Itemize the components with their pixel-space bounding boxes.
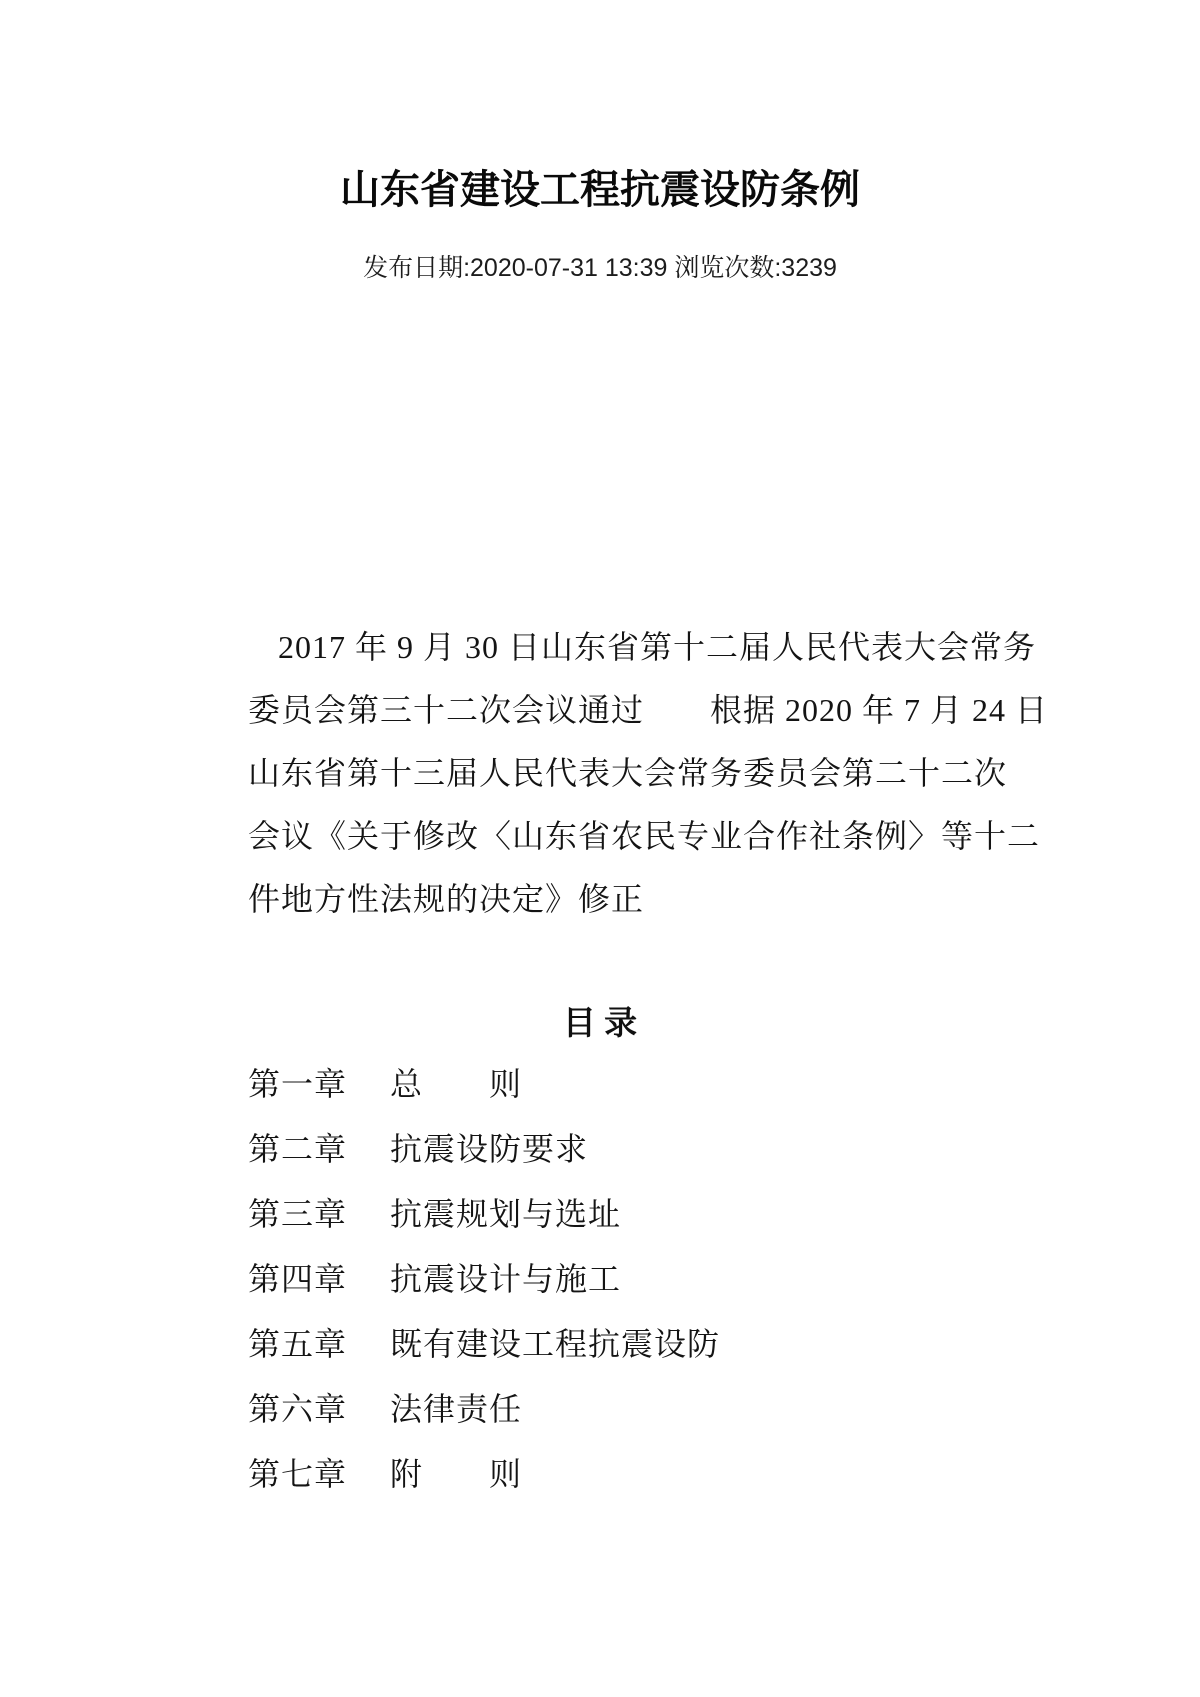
- toc-item: 第六章 法律责任: [248, 1377, 1028, 1442]
- toc-chapter-title: 既有建设工程抗震设防: [390, 1312, 720, 1377]
- toc-chapter-number: 第五章: [248, 1312, 390, 1377]
- toc-chapter-title: 抗震规划与选址: [390, 1182, 621, 1247]
- toc-chapter-number: 第四章: [248, 1247, 390, 1312]
- toc-chapter-title: 法律责任: [390, 1377, 522, 1442]
- toc-chapter-number: 第六章: [248, 1377, 390, 1442]
- toc-item: 第七章 附 则: [248, 1442, 1028, 1507]
- intro-line: 会议《关于修改〈山东省农民专业合作社条例〉等十二: [248, 805, 1018, 868]
- toc-item: 第二章 抗震设防要求: [248, 1117, 1028, 1182]
- intro-line: 2017 年 9 月 30 日山东省第十二届人民代表大会常务: [248, 616, 1018, 679]
- publish-meta: 发布日期:2020-07-31 13:39 浏览次数:3239: [0, 252, 1200, 285]
- toc-heading: 目 录: [0, 1006, 1200, 1042]
- toc-item: 第五章 既有建设工程抗震设防: [248, 1312, 1028, 1377]
- toc-item: 第四章 抗震设计与施工: [248, 1247, 1028, 1312]
- intro-paragraph: 2017 年 9 月 30 日山东省第十二届人民代表大会常务 委员会第三十二次会…: [248, 616, 1018, 931]
- document-page: 山东省建设工程抗震设防条例 发布日期:2020-07-31 13:39 浏览次数…: [0, 0, 1200, 1697]
- toc-chapter-title: 总 则: [390, 1052, 522, 1117]
- toc-chapter-number: 第一章: [248, 1052, 390, 1117]
- intro-line: 委员会第三十二次会议通过 根据 2020 年 7 月 24 日: [248, 679, 1018, 742]
- toc-list: 第一章 总 则 第二章 抗震设防要求 第三章 抗震规划与选址 第四章 抗震设计与…: [248, 1052, 1028, 1507]
- toc-chapter-number: 第二章: [248, 1117, 390, 1182]
- toc-chapter-title: 附 则: [390, 1442, 522, 1507]
- toc-item: 第一章 总 则: [248, 1052, 1028, 1117]
- toc-item: 第三章 抗震规划与选址: [248, 1182, 1028, 1247]
- intro-line: 山东省第十三届人民代表大会常务委员会第二十二次: [248, 742, 1018, 805]
- toc-chapter-title: 抗震设计与施工: [390, 1247, 621, 1312]
- toc-chapter-number: 第三章: [248, 1182, 390, 1247]
- toc-chapter-number: 第七章: [248, 1442, 390, 1507]
- toc-chapter-title: 抗震设防要求: [390, 1117, 588, 1182]
- intro-line: 件地方性法规的决定》修正: [248, 868, 1018, 931]
- document-title: 山东省建设工程抗震设防条例: [0, 168, 1200, 212]
